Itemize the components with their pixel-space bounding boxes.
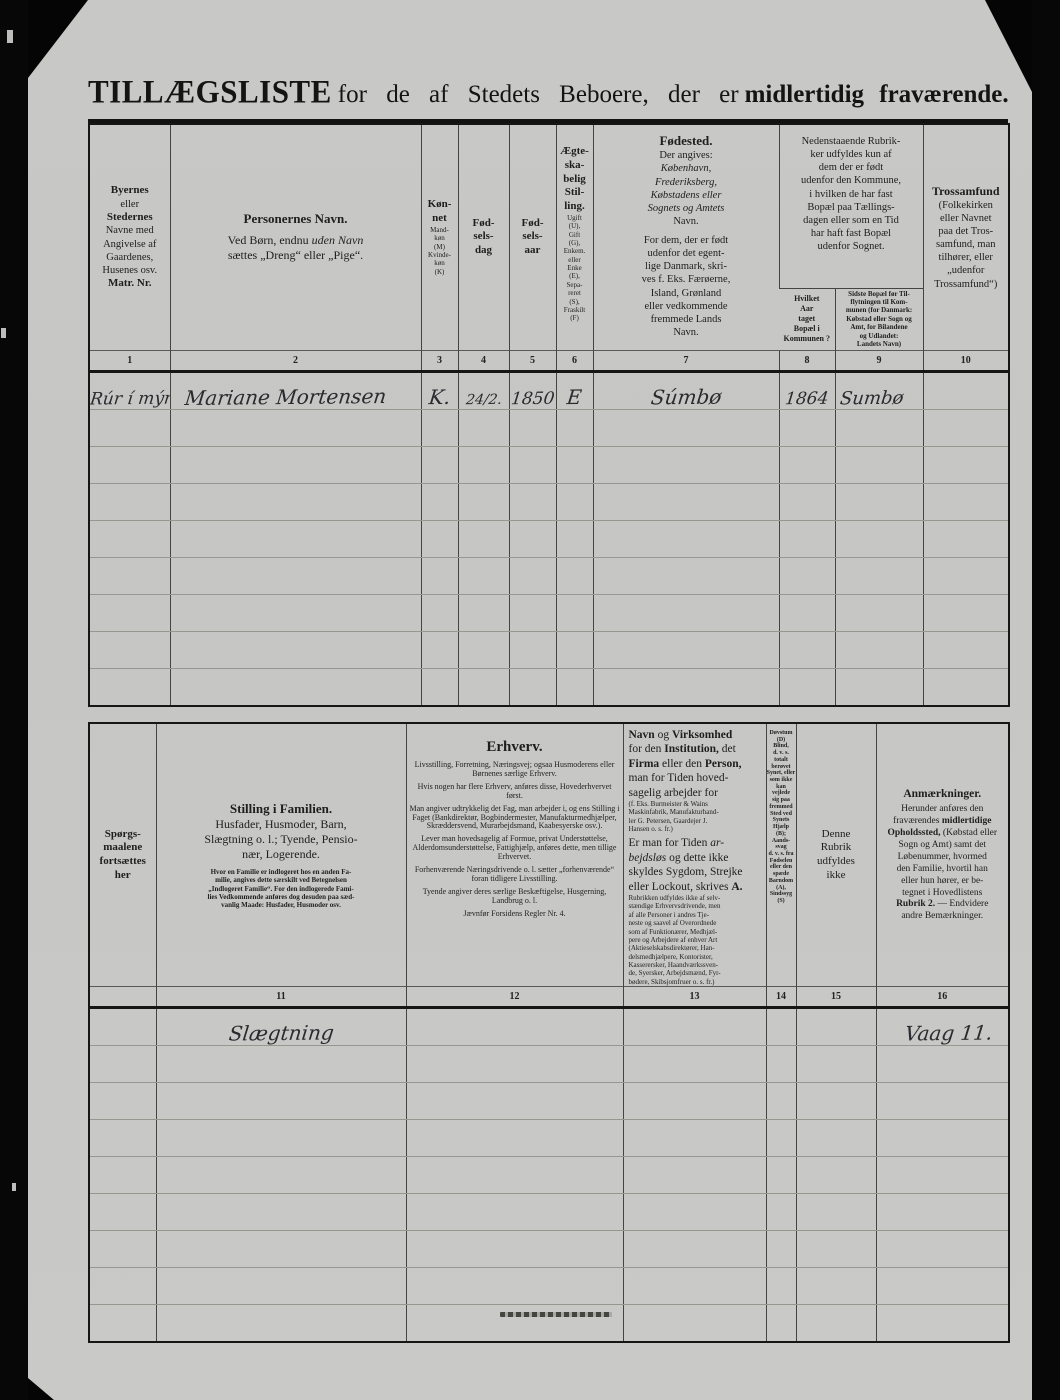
t1-c2-sub2: sættes „Dreng“ eller „Pige“.	[171, 248, 421, 263]
t1-header-place: Byernes eller Stedernes Navne med Angive…	[89, 124, 170, 350]
t1-c3-title: Køn-net	[422, 198, 458, 226]
t1-header-marital-status: Ægte-ska-beligStil-ling. Ugift(U),Gift(G…	[556, 124, 593, 350]
t2-c13-l2: for den Institution, det	[629, 742, 766, 756]
t2-data-row-8	[89, 1268, 1009, 1305]
t1-data-row-2	[89, 409, 1009, 446]
t1-r1-year-moved: 1864	[779, 371, 835, 409]
t1-data-row-5	[89, 520, 1009, 557]
t1-data-row-9	[89, 668, 1009, 706]
t2-c11-fine: Hvor en Familie er indlogeret hos en and…	[157, 868, 406, 910]
page-title-mid: for de af Stedets Beboere, der er	[332, 81, 745, 109]
t2-c13-seg: Er man for Tiden	[629, 837, 711, 849]
t2-c16-seg: midlertidige	[942, 816, 992, 826]
t2-c13-p2l1: Er man for Tiden ar-	[629, 836, 766, 850]
t1-colnum-4: 4	[458, 350, 509, 371]
t1-r1-marital: E	[556, 371, 593, 409]
t2-colnum-16: 16	[876, 987, 1009, 1008]
t2-header-employer: Navn og Virksomhed for den Institution, …	[623, 723, 766, 987]
t1-c10-lines: (Folkekirkeneller Navnetpaa det Tros-sam…	[924, 199, 1009, 291]
handwritten-last-residence: Sumbø	[838, 389, 904, 409]
t2-c13-seg: Navn	[629, 729, 655, 741]
t2-colnum-empty	[89, 987, 156, 1008]
t2-r1-label	[89, 1008, 156, 1046]
t2-c13-seg: ar-	[710, 837, 724, 849]
t2-header-family-position: Stilling i Familien. Husfader, Husmoder,…	[156, 723, 406, 987]
t1-c1-line: Angivelse af	[90, 238, 170, 251]
t2-c16-line: eller hun hører, er be-	[877, 876, 1009, 888]
t2-colnum-15: 15	[796, 987, 876, 1008]
t1-r1-name: Mariane Mortensen	[170, 371, 421, 409]
t2-c14-lines: Døvstum(D)Blind,d. v. s. totaltberøvetSy…	[767, 730, 796, 905]
t1-c1-line: Navne med	[90, 224, 170, 237]
t2-c12-para: Man angiver udtrykkelig det Fag, man arb…	[409, 805, 621, 832]
t2-c13-seg: eller Lockout, skrives	[629, 881, 732, 893]
t1-r1-sex: K.	[421, 371, 458, 409]
t2-r1-disabilities	[766, 1008, 796, 1046]
t2-c13-fine2: Rubrikken udfyldes ikke af selv-stændige…	[629, 894, 766, 986]
scan-speck	[7, 30, 13, 43]
t2-c16-seg: (Købstad eller	[941, 828, 997, 838]
t2-c13-p2l2: bejdsløs og dette ikke	[629, 851, 766, 865]
t2-data-row-2	[89, 1046, 1009, 1083]
t1-header-group-residence: Nedenstaaende Rubrik-ker udfyldes kun af…	[779, 124, 923, 288]
handwritten-marital: E	[566, 386, 583, 407]
t2-c12-para: Forhenværende Næringsdrivende o. l. sætt…	[409, 866, 621, 884]
t2-c13-fine1: (f. Eks. Burmeister & WainsMaskinfabrik,…	[629, 800, 766, 834]
t2-colnum-14: 14	[766, 987, 796, 1008]
t1-colnum-6: 6	[556, 350, 593, 371]
t1-c1-line: Matr. Nr.	[90, 277, 170, 291]
t2-data-row-5	[89, 1157, 1009, 1194]
t2-header-disabilities: Døvstum(D)Blind,d. v. s. totaltberøvetSy…	[766, 723, 796, 987]
table-absent-residents: Byernes eller Stedernes Navne med Angive…	[88, 123, 1010, 707]
t2-c12-para: Lever man hovedsagelig af Formue, privat…	[409, 835, 621, 862]
t2-r1-employer	[623, 1008, 766, 1046]
handwritten-name: Mariane Mortensen	[183, 385, 387, 408]
table-continuation: Spørgs-maalenefortsættesher Stilling i F…	[88, 722, 1010, 1343]
t1-colnum-2: 2	[170, 350, 421, 371]
t1-data-row-4	[89, 483, 1009, 520]
t2-c16-line: Sogn og Amt) samt det	[877, 840, 1009, 852]
t1-c2-sub1-em: uden Navn	[312, 233, 364, 247]
t1-colnum-7: 7	[593, 350, 779, 371]
printer-imprint-mark	[500, 1312, 612, 1317]
t2-c13-seg: Firma	[629, 758, 660, 770]
t2-r1-remarks: Vaag 11.	[876, 1008, 1009, 1046]
t2-c13-seg: Person,	[705, 758, 742, 770]
handwritten-remarks: Vaag 11.	[903, 1023, 993, 1045]
t1-colnum-3: 3	[421, 350, 458, 371]
t2-header-remarks: Anmærkninger. Herunder anføres den fravæ…	[876, 723, 1009, 987]
scan-speck	[12, 1183, 16, 1191]
t2-r1-do-not-fill	[796, 1008, 876, 1046]
t2-c13-seg: A.	[731, 881, 742, 893]
t1-c5-title: Fød-sels-aar	[510, 217, 556, 258]
t1-header-last-residence: Sidste Bopæl før Til-flytningen til Kom-…	[835, 288, 923, 350]
t2-column-numbers: 11 12 13 14 15 16	[89, 987, 1009, 1008]
handwritten-birthday: 24/2.	[465, 392, 503, 407]
t2-c16-line: andre Bemærkninger.	[877, 911, 1009, 923]
t2-header-do-not-fill: DenneRubrikudfyldesikke	[796, 723, 876, 987]
t2-c13-seg: for den	[629, 743, 665, 755]
t2-c16-line: Løbenummer, hvormed	[877, 852, 1009, 864]
t2-header-occupation: Erhverv. Livsstilling, Forretning, Nærin…	[406, 723, 623, 987]
t2-c13-seg: og	[655, 729, 672, 741]
t2-c16-line: Rubrik 2. — Endvidere	[877, 899, 1009, 911]
t1-r1-last-residence: Sumbø	[835, 371, 923, 409]
t2-header-continues-label: Spørgs-maalenefortsættesher	[89, 723, 156, 987]
t2-data-row-6	[89, 1194, 1009, 1231]
t1-r1-birthplace: Súmbø	[593, 371, 779, 409]
t1-c1-line: eller	[90, 198, 170, 211]
t1-c2-sub1: Ved Børn, endnu uden Navn	[171, 233, 421, 248]
t1-colnum-9: 9	[835, 350, 923, 371]
t2-data-row-4	[89, 1120, 1009, 1157]
t1-r1-place: Rúr í mýre	[89, 371, 170, 409]
t2-c16-line: fraværendes midlertidige	[877, 816, 1009, 828]
t2-label-lines: Spørgs-maalenefortsættesher	[90, 828, 156, 883]
t1-header-birthplace: Fødested. Der angives: København,Frederi…	[593, 124, 779, 350]
t1-data-row-8	[89, 631, 1009, 668]
t2-c16-line: den Familie, hvortil han	[877, 864, 1009, 876]
t1-c8-sub-lines: HvilketAartagetBopæl iKommunen ?	[779, 294, 835, 344]
t1-colnum-10: 10	[923, 350, 1009, 371]
t1-c7-p2: For dem, der er fødtudenfor det egent-li…	[594, 234, 779, 339]
t2-c13-l1: Navn og Virksomhed	[629, 728, 766, 742]
t2-c12-para: Hvis nogen har flere Erhverv, anføres di…	[409, 783, 621, 801]
t2-data-row-9	[89, 1305, 1009, 1343]
t1-header-sex: Køn-net Mand-køn(M)Kvinde-køn(K)	[421, 124, 458, 350]
t2-c16-seg: Opholdssted,	[887, 828, 940, 838]
handwritten-place: Rúr í mýre	[89, 390, 170, 409]
t2-c13-seg: og dette ikke	[666, 852, 728, 864]
t2-r1-family-position: Slægtning	[156, 1008, 406, 1046]
t2-c13-l3: Firma eller den Person,	[629, 757, 766, 771]
t1-c1-line: Stedernes	[90, 211, 170, 225]
t2-r1-occupation	[406, 1008, 623, 1046]
t2-c16-title: Anmærkninger.	[877, 787, 1009, 801]
t2-c16-seg: — Endvidere	[935, 899, 988, 909]
t1-header-birthday: Fød-sels-dag	[458, 124, 509, 350]
t2-c12-para: Livsstilling, Forretning, Næringsvej; og…	[409, 761, 621, 779]
t2-c13-seg: Virksomhed	[672, 729, 732, 741]
t2-data-row-7	[89, 1231, 1009, 1268]
t1-c2-sub1-pre: Ved Børn, endnu	[228, 233, 312, 247]
t2-c13-l4: man for Tiden hoved-	[629, 771, 766, 785]
t1-data-row-7	[89, 594, 1009, 631]
t2-c16-seg: Rubrik 2.	[896, 899, 935, 909]
t1-c6-title: Ægte-ska-beligStil-ling.	[557, 145, 593, 214]
t2-c12-para: Tyende angiver deres særlige Beskæftigel…	[409, 888, 621, 906]
t2-c16-line: Herunder anføres den	[877, 804, 1009, 816]
t2-c12-para: Jævnfør Forsidens Regler Nr. 4.	[409, 910, 621, 919]
t2-colnum-11: 11	[156, 987, 406, 1008]
page-title-lead: TILLÆGSLISTE	[88, 73, 332, 111]
t1-header-person-name: Personernes Navn. Ved Børn, endnu uden N…	[170, 124, 421, 350]
t2-colnum-13: 13	[623, 987, 766, 1008]
t2-c16-line: Opholdssted, (Købstad eller	[877, 828, 1009, 840]
t1-c7-p1-end: Navn.	[594, 215, 779, 228]
t2-c13-seg: bejdsløs	[629, 852, 667, 864]
t1-c1-line: Byernes	[90, 184, 170, 198]
t1-c7-title: Fødested.	[594, 133, 779, 149]
t2-c16-line: tegnet i Hovedlistens	[877, 888, 1009, 900]
t1-header-birthyear: Fød-sels-aar	[509, 124, 556, 350]
t1-c7-p1-em: København,Frederiksberg,Købstadens eller…	[594, 162, 779, 215]
t1-c3-small: Mand-køn(M)Kvinde-køn(K)	[422, 226, 458, 276]
t2-c13-l5: sagelig arbejder for	[629, 786, 766, 800]
t1-data-row-1: Rúr í mýre Mariane Mortensen K. 24/2. 18…	[89, 371, 1009, 409]
t1-c1-line: Husenes osv.	[90, 264, 170, 277]
t1-r1-religion	[923, 371, 1009, 409]
t1-column-numbers: 1 2 3 4 5 6 7 8 9 10	[89, 350, 1009, 371]
t2-c13-p2l3: skyldes Sygdom, Strejke	[629, 865, 766, 879]
t1-c7-p1-intro: Der angives:	[594, 149, 779, 162]
t1-c9-sub-lines: Sidste Bopæl før Til-flytningen til Kom-…	[836, 290, 923, 349]
t1-colnum-1: 1	[89, 350, 170, 371]
t2-c11-sub: Husfader, Husmoder, Barn,Slægtning o. l.…	[157, 817, 406, 862]
t2-c13-seg: Institution,	[664, 743, 719, 755]
t1-header-year-moved: HvilketAartagetBopæl iKommunen ?	[779, 288, 835, 350]
page-title-tail: midlertidig fraværende.	[745, 81, 1009, 109]
t2-data-row-3	[89, 1083, 1009, 1120]
t1-c4-title: Fød-sels-dag	[459, 217, 509, 258]
scan-speck	[1, 328, 6, 338]
t1-c2-title: Personernes Navn.	[171, 211, 421, 227]
t2-c13-seg: det	[719, 743, 736, 755]
handwritten-birthyear: 1850	[510, 390, 555, 408]
handwritten-birthplace: Súmbø	[650, 386, 723, 408]
t2-c12-title: Erhverv.	[407, 738, 623, 757]
t2-c13-p2l4: eller Lockout, skrives A.	[629, 880, 766, 894]
t1-data-row-3	[89, 446, 1009, 483]
t2-data-row-1: Slægtning Vaag 11.	[89, 1008, 1009, 1046]
t2-c13-seg: eller den	[659, 758, 705, 770]
handwritten-sex: K.	[428, 386, 452, 407]
t1-r1-birthday: 24/2.	[458, 371, 509, 409]
t1-c10-title: Trossamfund	[924, 184, 1009, 199]
t1-r1-birthyear: 1850	[509, 371, 556, 409]
t1-c89-group-lines: Nedenstaaende Rubrik-ker udfyldes kun af…	[780, 135, 923, 253]
t1-c6-small: Ugift(U),Gift(G),Enkem.ellerEnke(E),Sepa…	[557, 214, 593, 323]
t2-c16-seg: fraværendes	[893, 816, 942, 826]
t1-header-religion: Trossamfund (Folkekirkeneller Navnetpaa …	[923, 124, 1009, 350]
t2-colnum-12: 12	[406, 987, 623, 1008]
t1-c1-line: Gaardenes,	[90, 251, 170, 264]
page-title: TILLÆGSLISTE for de af Stedets Beboere, …	[88, 74, 1008, 116]
t2-c15-lines: DenneRubrikudfyldesikke	[797, 828, 876, 883]
t2-c11-title: Stilling i Familien.	[157, 801, 406, 817]
t1-data-row-6	[89, 557, 1009, 594]
handwritten-year-moved: 1864	[784, 390, 829, 408]
t1-colnum-5: 5	[509, 350, 556, 371]
handwritten-family-position: Slægtning	[227, 1023, 334, 1045]
t1-colnum-8: 8	[779, 350, 835, 371]
